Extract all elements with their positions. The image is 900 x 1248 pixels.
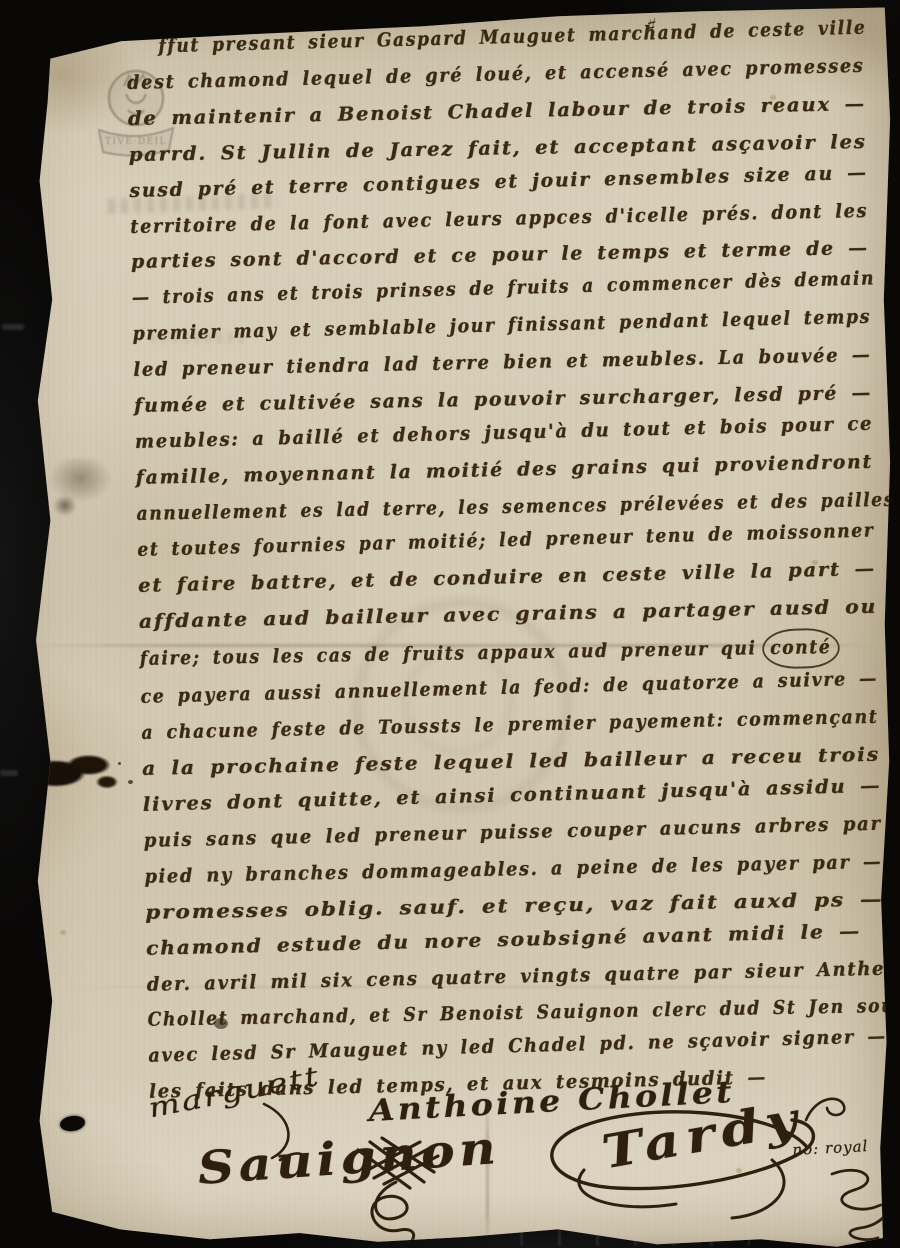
sauignon-paraph-knot bbox=[342, 1136, 464, 1248]
foxing-spot bbox=[60, 930, 66, 935]
ink-blot bbox=[26, 746, 118, 796]
ink-speck bbox=[118, 762, 121, 765]
background-scratch bbox=[0, 770, 18, 776]
right-margin-paraph bbox=[820, 1164, 892, 1248]
photo-background: TIVE·DEIL ♯ ffut presant sieur Gaspard M… bbox=[0, 0, 900, 1248]
paper-hole bbox=[59, 1114, 86, 1132]
notary-paraph-curl bbox=[798, 1088, 860, 1130]
tardy-signature-flourish bbox=[520, 1098, 830, 1234]
manuscript-page: TIVE·DEIL ♯ ffut presant sieur Gaspard M… bbox=[0, 0, 900, 1248]
ink-speck bbox=[128, 780, 133, 784]
background-scratch bbox=[2, 324, 24, 330]
manuscript-text: ffut presant sieur Gaspard Mauguet march… bbox=[126, 14, 894, 1111]
ink-smudge bbox=[44, 458, 114, 516]
marguett-paraph-flourish bbox=[250, 1098, 320, 1170]
